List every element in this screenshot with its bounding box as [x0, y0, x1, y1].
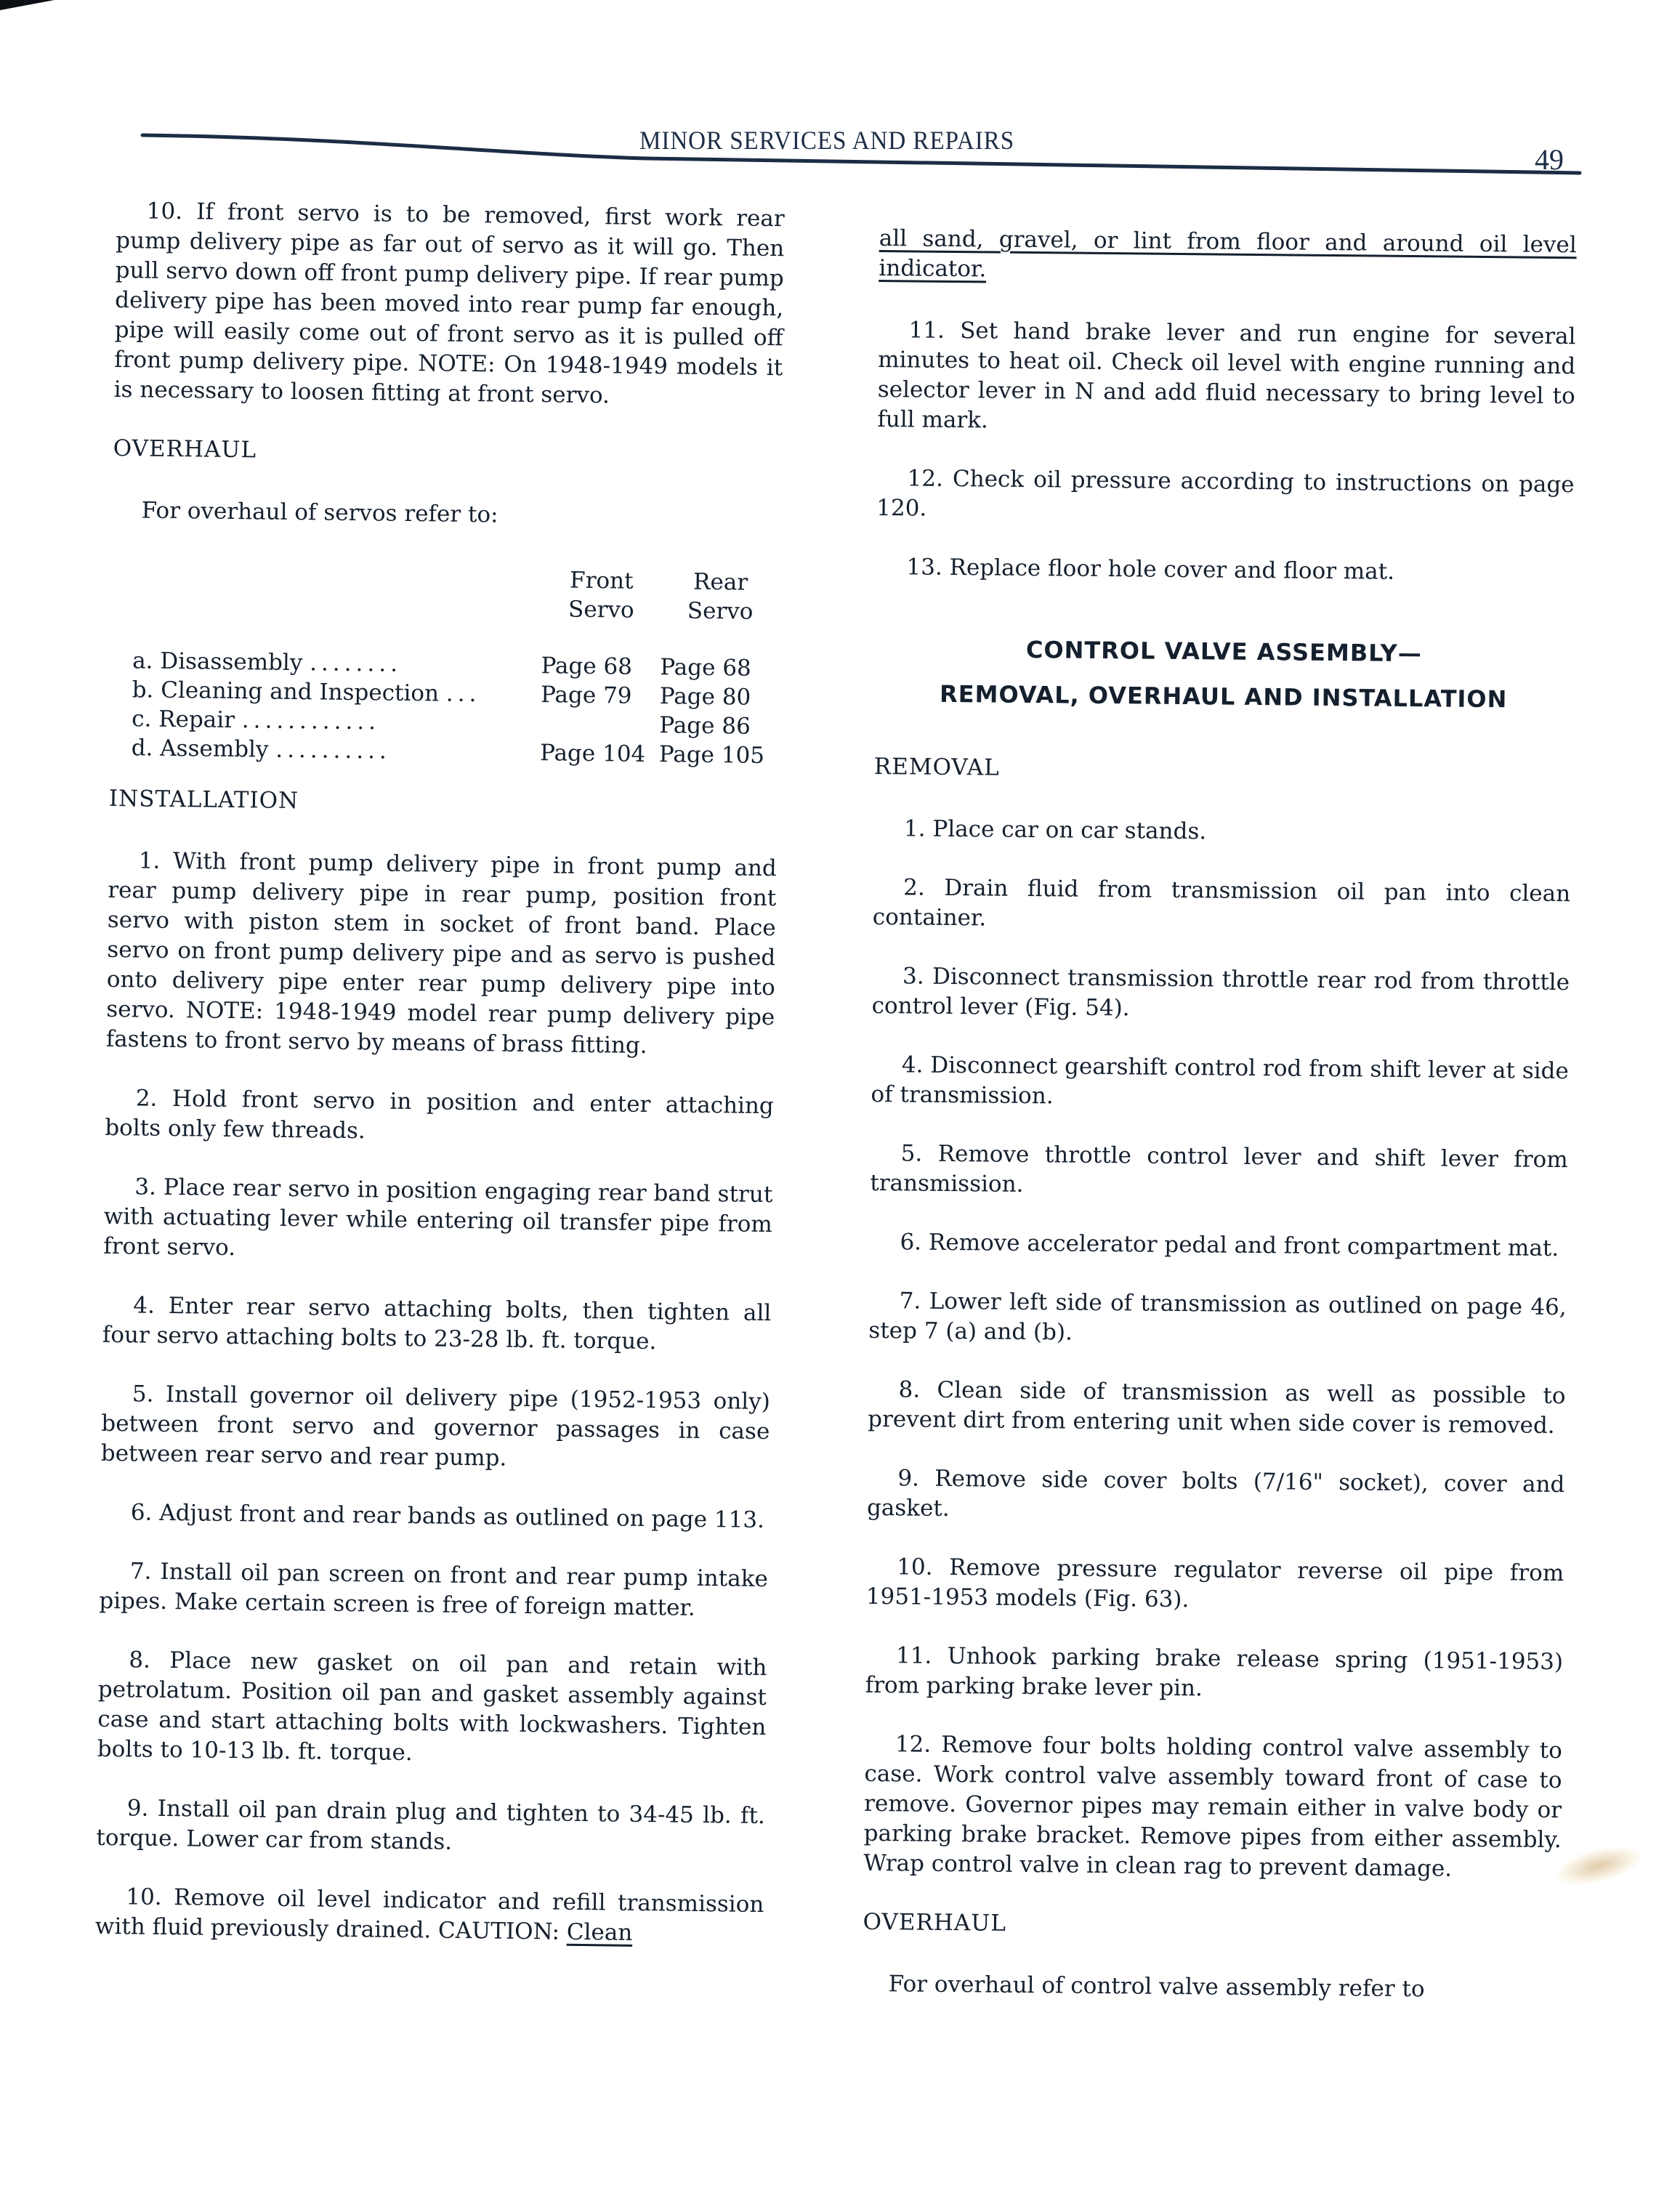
column-header-rear-servo: RearServo: [661, 567, 780, 626]
removal-step: 10. Remove pressure regulator reverse oi…: [866, 1552, 1564, 1618]
installation-step: 5. Install governor oil delivery pipe (1…: [101, 1379, 770, 1477]
removal-step: 9. Remove side cover bolts (7/16" socket…: [867, 1464, 1565, 1530]
installation-step: 11. Set hand brake lever and run engine …: [877, 315, 1576, 441]
control-valve-overhaul-heading: OVERHAUL: [863, 1908, 1560, 1944]
installation-step: 12. Check oil pressure according to inst…: [876, 464, 1575, 530]
installation-step: 13. Replace floor hole cover and floor m…: [876, 552, 1573, 589]
installation-heading: INSTALLATION: [109, 784, 778, 822]
running-title: MINOR SERVICES AND REPAIRS: [639, 125, 1014, 156]
overhaul-heading: OVERHAUL: [113, 434, 782, 472]
servo-removal-step-10: 10. If front servo is to be removed, fir…: [113, 196, 784, 413]
removal-step: 1. Place car on car stands.: [873, 814, 1571, 850]
page-number: 49: [1535, 142, 1564, 177]
installation-step: 3. Place rear servo in position engaging…: [103, 1172, 772, 1270]
removal-step: 12. Remove four bolts holding control va…: [863, 1729, 1562, 1885]
installation-steps-continued: 11. Set hand brake lever and run engine …: [876, 315, 1575, 589]
scan-corner-shadow: [0, 0, 54, 10]
installation-step: 4. Enter rear servo attaching bolts, the…: [102, 1291, 772, 1358]
installation-step: 9. Install oil pan drain plug and tighte…: [96, 1793, 765, 1861]
installation-step: 8. Place new gasket on oil pan and retai…: [97, 1645, 767, 1772]
installation-steps: 1. With front pump delivery pipe in fron…: [96, 846, 777, 1861]
installation-step: 2. Hold front servo in position and ente…: [105, 1083, 774, 1151]
removal-step: 8. Clean side of transmission as well as…: [868, 1375, 1566, 1441]
removal-steps: 1. Place car on car stands.2. Drain flui…: [863, 814, 1571, 1885]
right-column: all sand, gravel, or lint from floor and…: [862, 224, 1577, 2041]
removal-step: 7. Lower left side of transmission as ou…: [868, 1286, 1567, 1352]
installation-step: 1. With front pump delivery pipe in fron…: [106, 846, 777, 1062]
installation-step: 6. Adjust front and rear bands as outlin…: [100, 1498, 769, 1535]
overhaul-intro: For overhaul of servos refer to:: [141, 496, 780, 533]
caution-continued: all sand, gravel, or lint from floor and…: [879, 224, 1577, 290]
installation-step-10: 10. Remove oil level indicator and refil…: [95, 1882, 764, 1950]
control-valve-overhaul-intro: For overhaul of control valve assembly r…: [863, 1969, 1560, 2006]
column-header-front-servo: FrontServo: [541, 565, 661, 625]
removal-step: 11. Unhook parking brake release spring …: [865, 1641, 1563, 1707]
removal-step: 6. Remove accelerator pedal and front co…: [869, 1227, 1567, 1264]
installation-step: 7. Install oil pan screen on front and r…: [99, 1557, 768, 1624]
paper-stain: [1552, 1839, 1644, 1892]
left-column: 10. If front servo is to be removed, fir…: [94, 196, 785, 1979]
removal-step: 4. Disconnect gearshift control rod from…: [871, 1050, 1569, 1116]
removal-step: 5. Remove throttle control lever and shi…: [870, 1139, 1568, 1205]
caution-text: Clean: [567, 1919, 633, 1946]
servo-reference-table: FrontServo RearServo a. Disassembly ....…: [109, 560, 780, 770]
removal-step: 3. Disconnect transmission throttle rear…: [871, 961, 1570, 1028]
removal-step: 2. Drain fluid from transmission oil pan…: [873, 873, 1571, 939]
removal-heading: REMOVAL: [874, 752, 1572, 788]
section-heading: CONTROL VALVE ASSEMBLY— REMOVAL, OVERHAU…: [875, 626, 1573, 722]
